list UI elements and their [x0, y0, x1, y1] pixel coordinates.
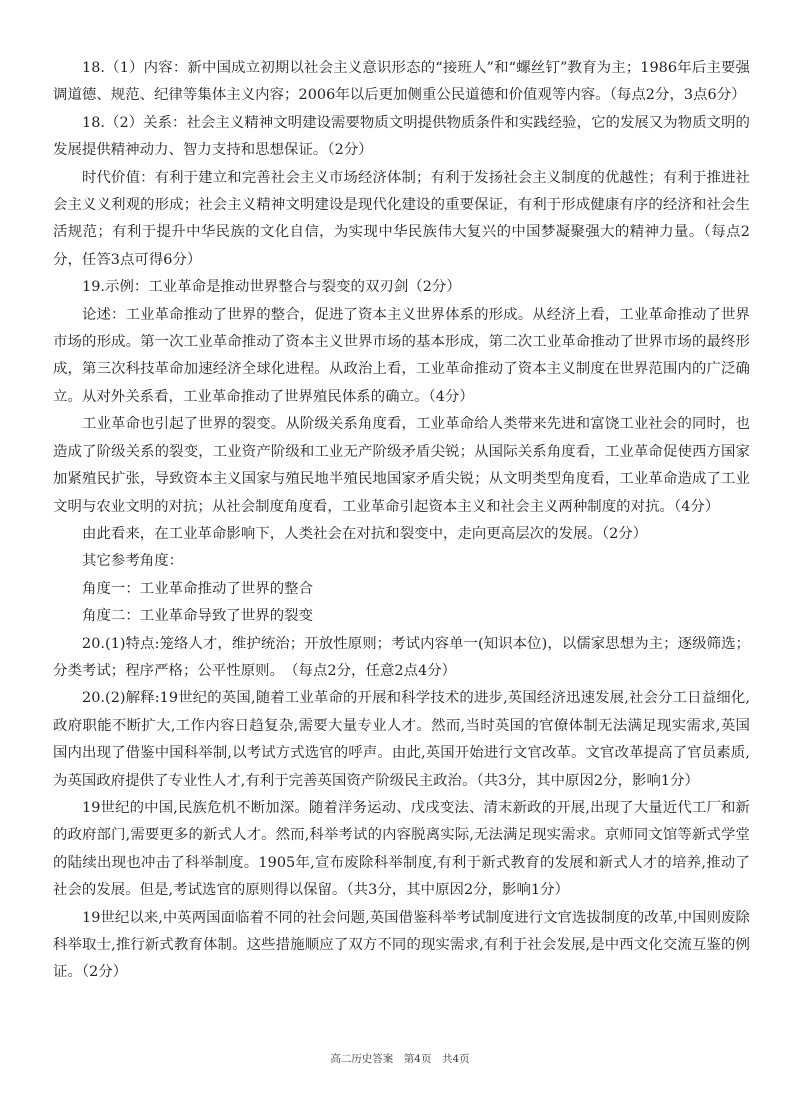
answer-19-conclusion: 由此看来，在工业革命影响下，人类社会在对抗和裂变中，走向更高层次的发展。（2分）: [53, 521, 750, 548]
answer-key-page: 18.（1）内容：新中国成立初期以社会主义意识形态的“接班人”和“螺丝钉”教育为…: [53, 55, 750, 987]
page-footer: 高二历史答案 第4页 共4页: [0, 1051, 800, 1066]
answer-20-2-summary: 19世纪以来,中英两国面临着不同的社会问题,英国借鉴科举考试制度进行文官选拔制度…: [53, 905, 750, 987]
answer-20-2-britain: 20.(2)解释:19世纪的英国,随着工业革命的开展和科学技术的进步,英国经济迅…: [53, 685, 750, 795]
answer-19-other-angles-heading: 其它参考角度：: [53, 548, 750, 575]
answer-19-angle-one: 角度一：工业革命推动了世界的整合: [53, 576, 750, 603]
answer-18-2-relationship: 18.（2）关系：社会主义精神文明建设需要物质文明提供物质条件和实践经验，它的发…: [53, 110, 750, 165]
answer-19-argument-fission: 工业革命也引起了世界的裂变。从阶级关系角度看，工业革命给人类带来先进和富饶工业社…: [53, 411, 750, 521]
answer-20-2-china: 19世纪的中国,民族危机不断加深。随着洋务运动、戊戌变法、清末新政的开展,出现了…: [53, 795, 750, 905]
answer-18-1-content: 18.（1）内容：新中国成立初期以社会主义意识形态的“接班人”和“螺丝钉”教育为…: [53, 55, 750, 110]
answer-19-angle-two: 角度二：工业革命导致了世界的裂变: [53, 603, 750, 630]
answer-20-1-features: 20.(1)特点:笼络人才，维护统治；开放性原则；考试内容单一(知识本位)，以儒…: [53, 631, 750, 686]
answer-18-2-era-value: 时代价值：有利于建立和完善社会主义市场经济体制；有利于发扬社会主义制度的优越性；…: [53, 165, 750, 275]
answer-19-argument-integration: 论述：工业革命推动了世界的整合，促进了资本主义世界体系的形成。从经济上看，工业革…: [53, 302, 750, 412]
answer-19-example-thesis: 19.示例：工业革命是推动世界整合与裂变的双刃剑（2分）: [53, 274, 750, 301]
